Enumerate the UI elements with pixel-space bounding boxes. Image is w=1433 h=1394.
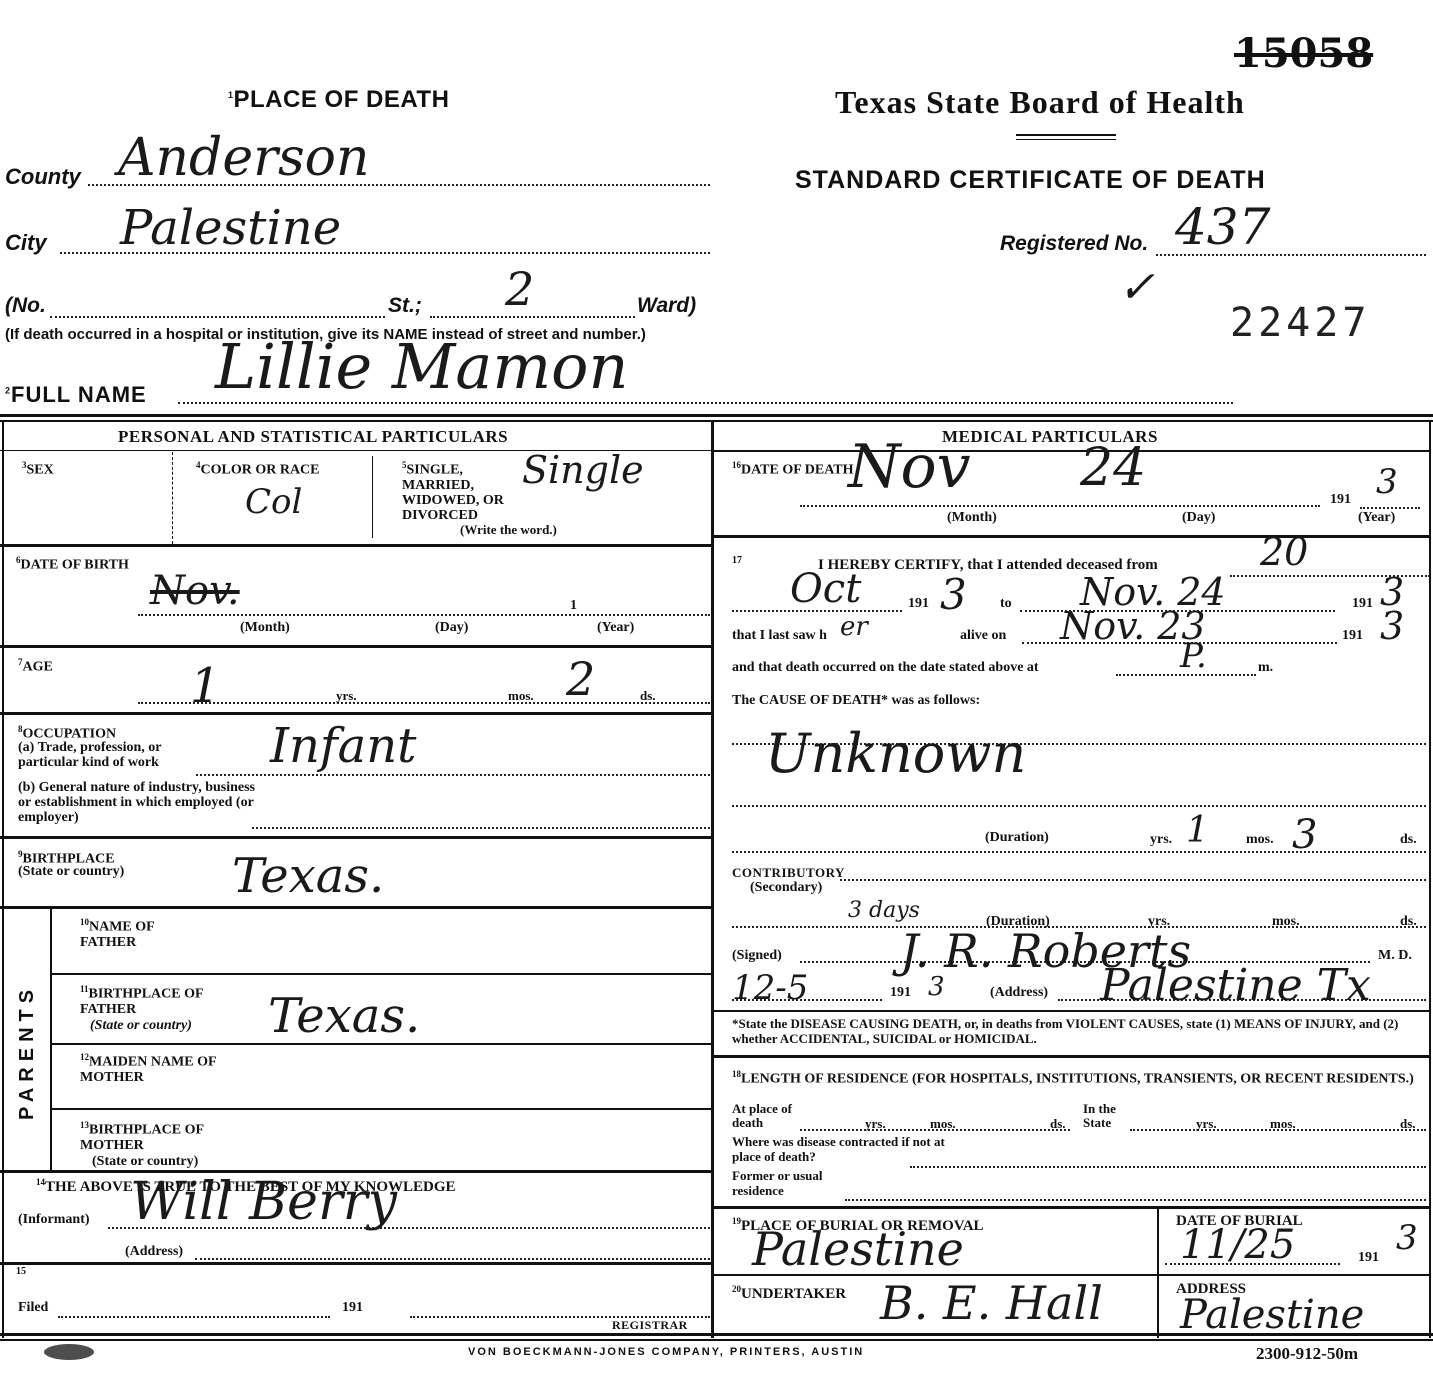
state-yrs-label: yrs. (1196, 1116, 1217, 1132)
burial-year-prefix: 191 (1358, 1250, 1379, 1265)
occupation-value[interactable]: Infant (270, 718, 416, 774)
county-value[interactable]: Anderson (118, 128, 369, 188)
filed-date-field[interactable] (58, 1314, 330, 1318)
place-of-death-title: 1PLACE OF DEATH (228, 86, 449, 114)
marital-label: 5SINGLE, MARRIED, WIDOWED, OR DIVORCED (402, 458, 522, 523)
physician-address-label: (Address) (990, 985, 1048, 1000)
secondary-label: (Secondary) (750, 880, 822, 895)
city-value[interactable]: Palestine (120, 200, 341, 256)
cause-line-3[interactable] (732, 850, 1426, 853)
rule (0, 906, 711, 909)
to-label: to (1000, 596, 1012, 611)
residence-label: 18LENGTH OF RESIDENCE (FOR HOSPITALS, IN… (732, 1066, 1426, 1088)
occupation-a-label: (a) Trade, profession, or particular kin… (18, 740, 208, 770)
printer-credit: VON BOECKMANN-JONES COMPANY, PRINTERS, A… (468, 1346, 864, 1358)
dob-month-caption: (Month) (240, 620, 290, 635)
rule (714, 1055, 1431, 1058)
age-days[interactable]: 2 (566, 652, 595, 706)
dod-month[interactable]: Nov (848, 432, 971, 502)
dod-day[interactable]: 24 (1080, 438, 1146, 498)
duration-yrs[interactable]: 1 (1186, 810, 1209, 851)
footer-rule (0, 1333, 1433, 1336)
rule (714, 450, 1431, 452)
personal-section-title: PERSONAL AND STATISTICAL PARTICULARS (118, 427, 508, 447)
burial-date-value[interactable]: 11/25 (1180, 1222, 1295, 1268)
father-name-label: 10NAME OF FATHER (80, 915, 200, 950)
attended-from-day[interactable]: 20 (1260, 530, 1308, 574)
last-saw-text: that I last saw h (732, 628, 827, 643)
form-number: 2300-912-50m (1256, 1344, 1358, 1364)
dob-year-caption: (Year) (597, 620, 634, 635)
occupation-label: 8OCCUPATION (18, 722, 116, 742)
contrib-ds-label: ds. (1400, 914, 1417, 929)
rule (714, 535, 1431, 538)
dod-month-caption: (Month) (947, 510, 997, 525)
board-title: Texas State Board of Health (835, 84, 1245, 121)
column-divider (711, 420, 714, 1338)
last-saw-pronoun[interactable]: er (840, 612, 868, 642)
rule (0, 712, 711, 715)
rule (0, 1262, 711, 1265)
union-label-icon (44, 1344, 94, 1360)
cause-line-2[interactable] (732, 804, 1426, 807)
duration-label: (Duration) (985, 830, 1049, 845)
left-border (2, 420, 4, 1338)
occupation-b-field[interactable] (252, 825, 710, 829)
cause-footnote: *State the DISEASE CAUSING DEATH, or, in… (732, 1016, 1426, 1046)
attended-from-year[interactable]: 3 (940, 570, 967, 619)
res-ds-label: ds. (1050, 1116, 1066, 1132)
signed-year[interactable]: 3 (928, 972, 945, 1002)
race-label: 4COLOR OR RACE (196, 458, 320, 478)
age-yrs-label: yrs. (336, 688, 357, 704)
filed-year-prefix: 191 (342, 1300, 363, 1315)
street-number-field[interactable] (50, 314, 385, 318)
filed-label: Filed (18, 1300, 48, 1315)
signed-year-prefix: 191 (890, 985, 911, 1000)
signed-date-field[interactable] (732, 998, 882, 1001)
check-mark: ✓ (1118, 262, 1155, 313)
undertaker-address-value[interactable]: Palestine (1180, 1292, 1364, 1338)
st-label: St.; (388, 294, 422, 318)
age-mos-label: mos. (508, 688, 534, 704)
contributory-label: CONTRIBUTORY (732, 865, 845, 880)
stamped-number: 22427 (1230, 300, 1370, 346)
no-label: (No. (5, 294, 46, 318)
ward-label: Ward) (637, 294, 696, 318)
marital-value[interactable]: Single (522, 448, 644, 492)
registered-label: Registered No. (1000, 232, 1148, 256)
header-rule (0, 414, 1433, 417)
county-label: County (5, 164, 81, 190)
death-time-value[interactable]: P. (1180, 636, 1207, 676)
contrib-mos-label: mos. (1272, 914, 1300, 929)
title-divider (1016, 139, 1116, 140)
duration-ds-label: ds. (1400, 832, 1417, 847)
duration-mos-label: mos. (1246, 832, 1274, 847)
header-rule (0, 420, 1433, 422)
burial-divider (1157, 1208, 1159, 1338)
attended-from-month[interactable]: Oct (790, 566, 861, 612)
registered-value[interactable]: 437 (1175, 198, 1270, 256)
filed-number: 15 (16, 1266, 26, 1277)
burial-year[interactable]: 3 (1396, 1218, 1418, 1258)
dod-field[interactable] (800, 503, 1320, 507)
dod-year-caption: (Year) (1358, 510, 1395, 525)
certify-number: 17 (732, 555, 742, 566)
mother-birthplace-label: 13BIRTHPLACE OF MOTHER (80, 1118, 220, 1153)
duration-yrs-label: yrs. (1150, 832, 1172, 847)
right-border (1429, 420, 1431, 1338)
father-birthplace-label: 11BIRTHPLACE OF FATHER (80, 982, 220, 1017)
dod-day-caption: (Day) (1182, 510, 1215, 525)
res-mos-label: mos. (930, 1116, 956, 1132)
burial-place-value[interactable]: Palestine (752, 1222, 964, 1276)
signed-date[interactable]: 12-5 (732, 968, 808, 1008)
cause-value[interactable]: Unknown (765, 722, 1026, 785)
dod-label: 16DATE OF DEATH (732, 458, 854, 478)
ward-value[interactable]: 2 (505, 262, 534, 316)
former-residence-field[interactable] (845, 1198, 1426, 1201)
age-field[interactable] (138, 700, 710, 704)
rule (372, 456, 373, 538)
duration-mos[interactable]: 3 (1292, 812, 1317, 858)
race-value[interactable]: Col (245, 482, 302, 522)
undertaker-label: 20UNDERTAKER (732, 1282, 846, 1302)
full-name-value[interactable]: Lillie Mamon (215, 330, 628, 403)
birthplace-value[interactable]: Texas. (232, 848, 384, 904)
mother-birthplace-sub: (State or country) (92, 1154, 198, 1169)
registrar-label: REGISTRAR (612, 1318, 688, 1333)
informant-address-label: (Address) (125, 1244, 183, 1259)
full-name-label: 2FULL NAME (5, 382, 147, 408)
dod-year[interactable]: 3 (1376, 462, 1398, 502)
informant-label: (Informant) (18, 1212, 90, 1227)
birthplace-sub: (State or country) (18, 864, 124, 879)
informant-address-field[interactable] (195, 1256, 710, 1260)
alive-on-label: alive on (960, 628, 1006, 643)
rule (0, 836, 711, 839)
rule (714, 1010, 1431, 1012)
title-divider (1016, 134, 1116, 136)
parents-vertical-label: PARENTS (16, 984, 39, 1120)
dob-day-caption: (Day) (435, 620, 468, 635)
certificate-title: STANDARD CERTIFICATE OF DEATH (795, 166, 1266, 195)
father-birthplace-sub: (State or country) (90, 1018, 192, 1033)
age-ds-label: ds. (640, 688, 656, 704)
attended-to-year-prefix: 191 (1352, 596, 1373, 611)
serial-number-struck: 15058 (1234, 30, 1373, 77)
marital-note: (Write the word.) (460, 522, 557, 538)
attended-from-year-prefix: 191 (908, 596, 929, 611)
age-label: 7AGE (18, 655, 53, 675)
in-state-label: In the State (1083, 1102, 1143, 1130)
age-years[interactable]: 1 (190, 658, 221, 714)
footer-rule (0, 1339, 1433, 1341)
md-label: M. D. (1378, 948, 1412, 963)
father-birthplace-value[interactable]: Texas. (268, 988, 420, 1044)
parents-divider (50, 908, 52, 1173)
dod-year-field[interactable] (1360, 505, 1420, 509)
signed-label: (Signed) (732, 948, 782, 963)
death-time-suffix: m. (1258, 660, 1273, 675)
undertaker-value[interactable]: B. E. Hall (880, 1276, 1103, 1330)
contributory-field[interactable] (840, 878, 1426, 881)
rule (172, 452, 174, 544)
former-residence-label: Former or usual residence (732, 1168, 852, 1198)
contracted-label: Where was disease contracted if not at p… (732, 1134, 962, 1164)
dob-year-prefix: 1 (570, 598, 577, 613)
dod-year-prefix: 191 (1330, 492, 1351, 507)
informant-value[interactable]: Will Berry (130, 1172, 397, 1232)
state-ds-label: ds. (1400, 1116, 1416, 1132)
state-mos-label: mos. (1270, 1116, 1296, 1132)
rule (52, 973, 711, 975)
dob-label: 6DATE OF BIRTH (16, 553, 129, 573)
physician-address[interactable]: Palestine Tx (1100, 960, 1371, 1011)
sex-label: 3SEX (22, 458, 54, 478)
rule (52, 1043, 711, 1045)
mother-maiden-label: 12MAIDEN NAME OF MOTHER (80, 1050, 240, 1085)
contracted-field[interactable] (910, 1165, 1426, 1168)
rule (714, 1206, 1431, 1209)
dob-month[interactable]: Nov. (150, 568, 240, 614)
city-label: City (5, 230, 47, 256)
cause-label: The CAUSE OF DEATH* was as follows: (732, 693, 980, 708)
alive-year-prefix: 191 (1342, 628, 1363, 643)
rule (0, 645, 711, 648)
death-time-text: and that death occurred on the date stat… (732, 660, 1039, 675)
at-place-label: At place of death (732, 1102, 802, 1130)
res-yrs-label: yrs. (865, 1116, 886, 1132)
occupation-b-label: (b) General nature of industry, business… (18, 780, 258, 825)
rule (0, 544, 711, 547)
rule (52, 1108, 711, 1110)
contributory-duration[interactable]: 3 days (848, 898, 920, 923)
alive-year[interactable]: 3 (1380, 604, 1404, 648)
